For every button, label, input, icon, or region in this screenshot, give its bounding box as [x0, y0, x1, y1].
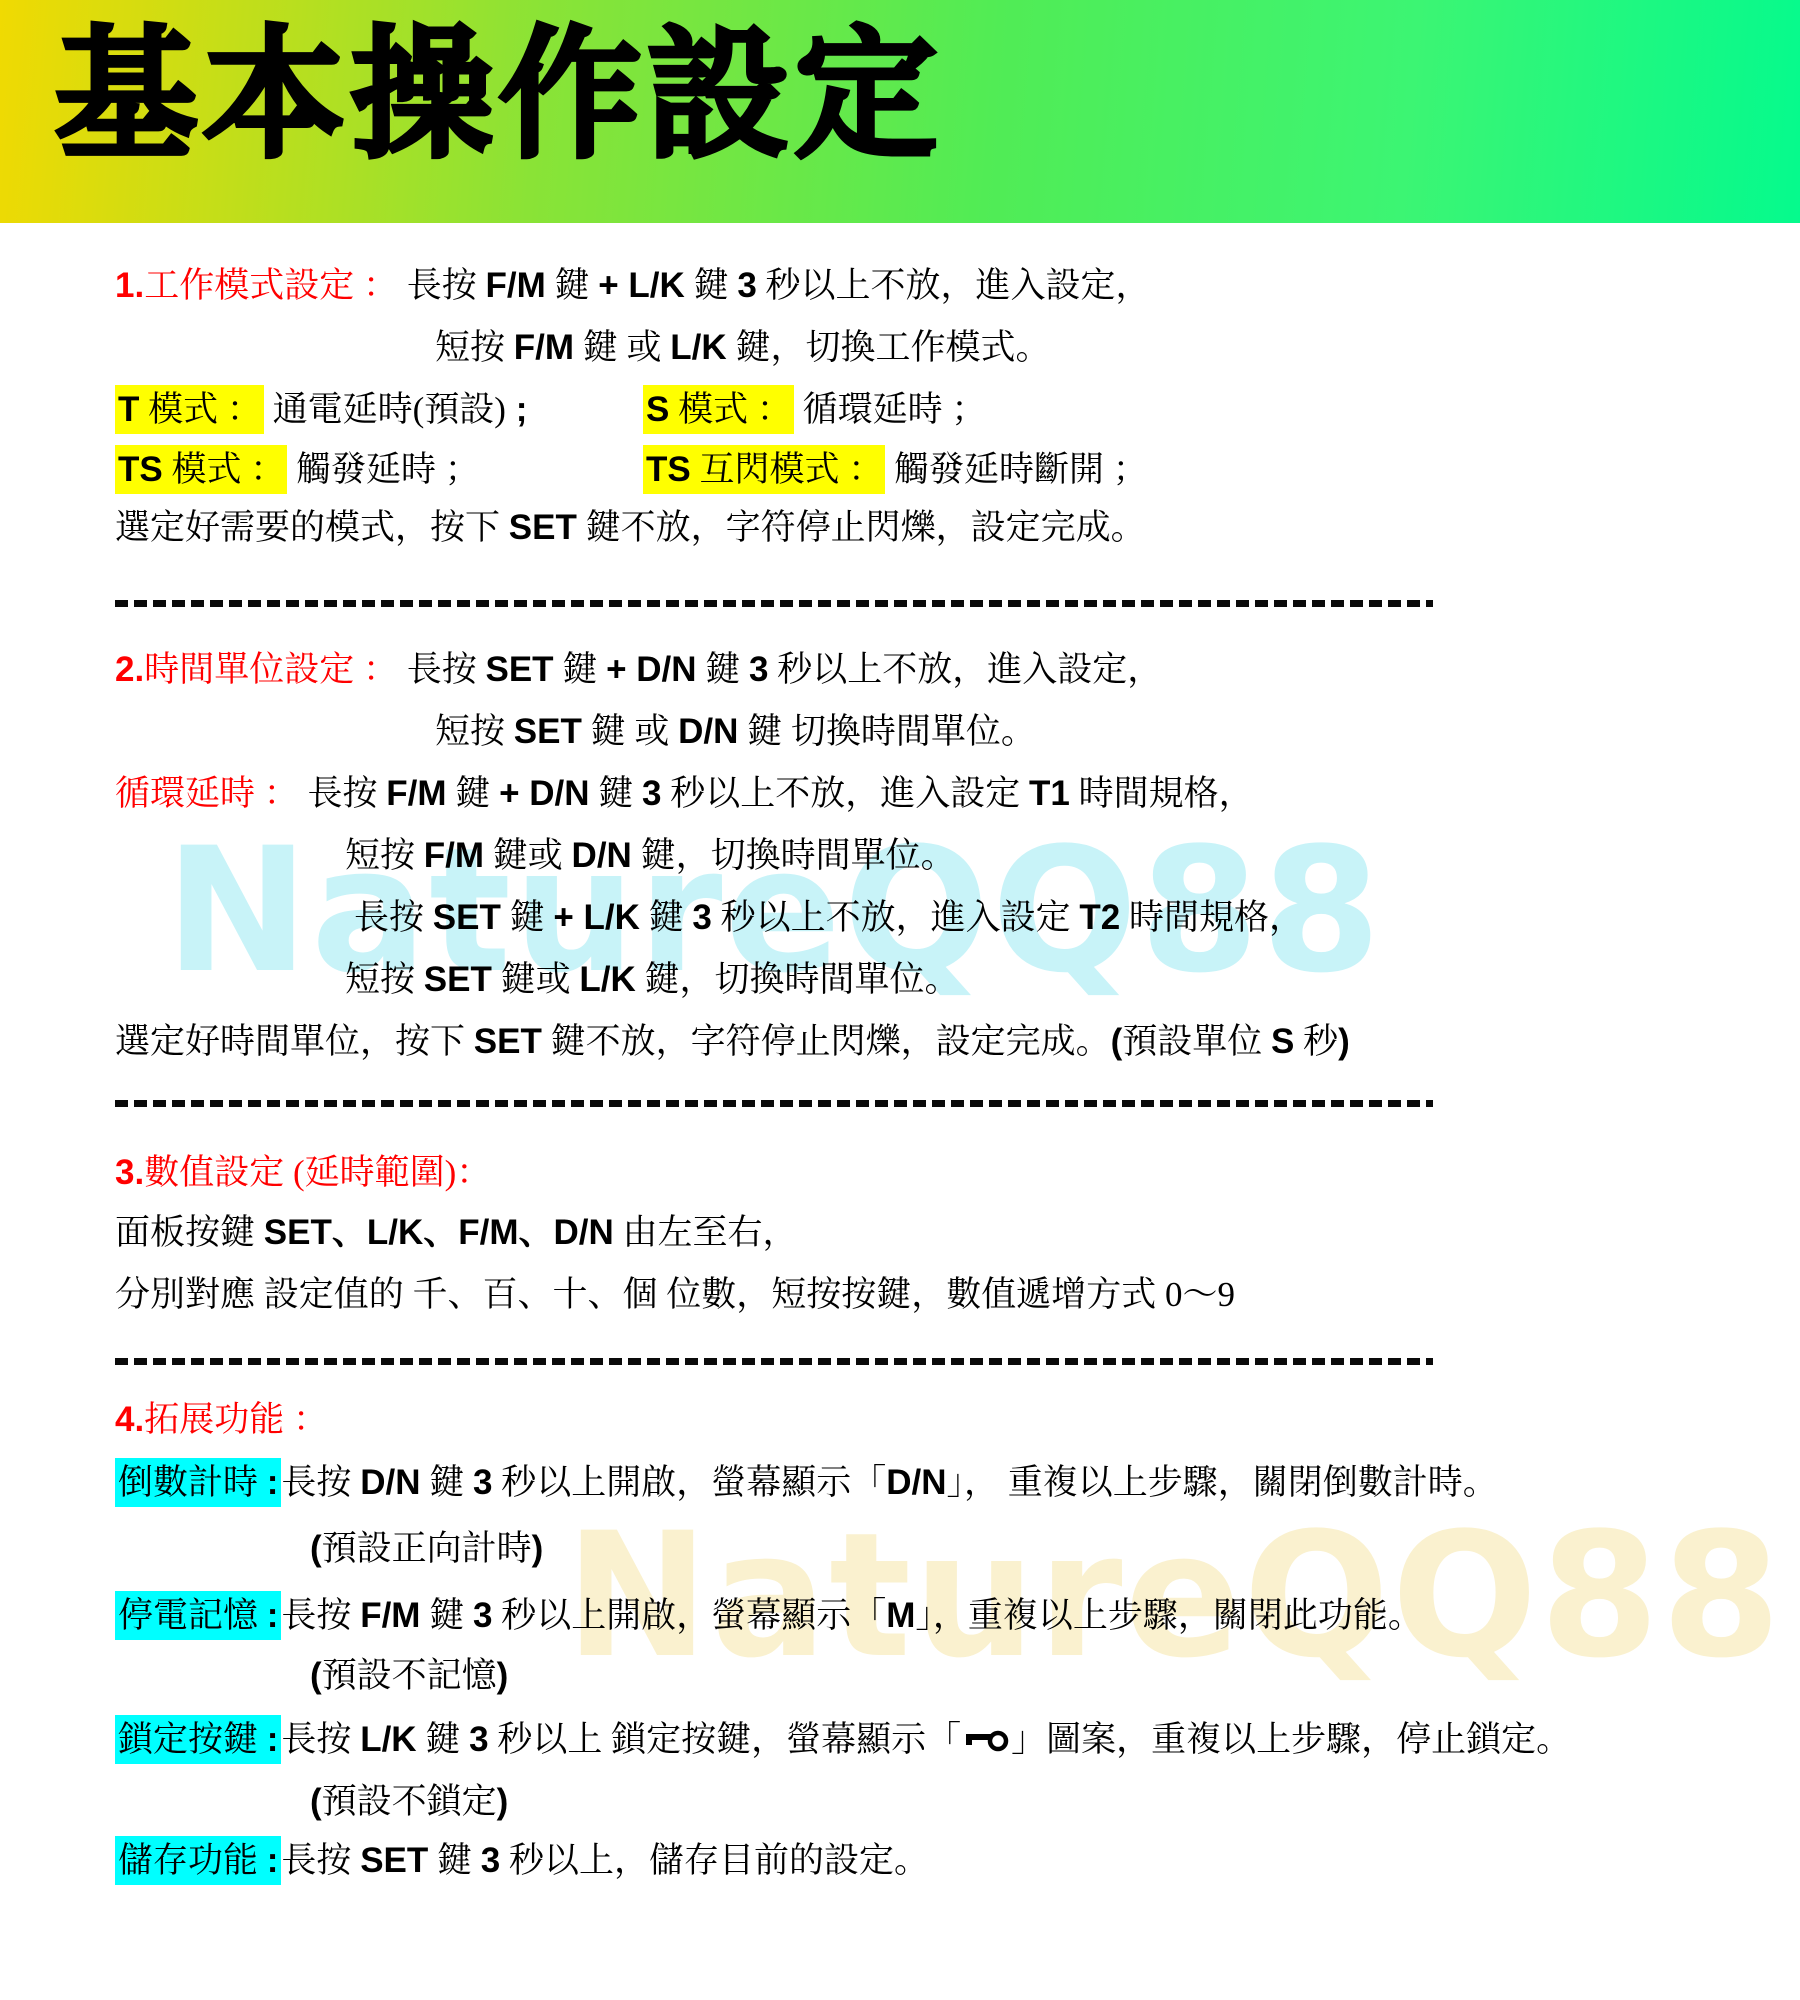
text-segment: 鍵或 — [492, 960, 580, 999]
text-segment: 長按 — [281, 1841, 360, 1880]
s2-confirm-line: 選定好時間單位，按下 SET 鍵不放，字符停止閃爍，設定完成。(預設單位 S 秒… — [115, 1011, 1350, 1073]
text-segment: 秒以上開啟，螢幕顯示「 — [492, 1596, 886, 1635]
text-segment: 秒以上不放，進入設定 — [712, 898, 1080, 937]
text-segment: 3 — [749, 650, 768, 689]
text-segment: 長按 — [281, 1596, 360, 1635]
text-segment: 鍵不放，字符停止閃爍，設定完成。 — [542, 1022, 1111, 1061]
text-segment: 秒 — [1294, 1022, 1338, 1061]
text-segment: 預設不記憶 — [322, 1656, 497, 1695]
text-segment: 倒數計時 — [115, 1458, 267, 1507]
text-segment: ) — [532, 1529, 544, 1568]
text-segment: + L/K — [553, 898, 640, 937]
text-segment: 鍵 — [546, 266, 599, 305]
text-segment: 鍵 或 — [574, 328, 670, 367]
text-segment: 3 — [469, 1720, 488, 1759]
text-segment: : — [267, 1836, 282, 1885]
text-segment: SET — [485, 650, 553, 689]
text-segment: 3 — [473, 1596, 492, 1635]
text-segment: 秒以上，儲存目前的設定。 — [500, 1841, 929, 1880]
text-segment: ( — [310, 1656, 322, 1695]
text-segment: 秒以上開啟，螢幕顯示「 — [492, 1463, 886, 1502]
countdown-line: 倒數計時 :長按 D/N 鍵 3 秒以上開啟，螢幕顯示「D/N」， 重複以上步驟… — [115, 1452, 1498, 1514]
text-segment: : — [267, 1458, 282, 1507]
text-segment: 拓展功能 ： — [144, 1400, 328, 1439]
text-segment: 鍵 切換時間單位。 — [738, 712, 1036, 751]
s4-heading-line: 4.拓展功能 ： — [115, 1389, 328, 1451]
countdown-default-line: (預設正向計時) — [310, 1518, 543, 1580]
text-segment: S — [643, 385, 669, 434]
text-segment: F/M — [386, 774, 446, 813]
cycle-delay-line-3: 長按 SET 鍵 + L/K 鍵 3 秒以上不放，進入設定 T2 時間規格， — [354, 887, 1304, 949]
text-segment: : — [267, 1591, 282, 1640]
cycle-delay-line: 循環延時 ： 長按 F/M 鍵 + D/N 鍵 3 秒以上不放，進入設定 T1 … — [115, 763, 1254, 825]
text-segment: 鍵 — [554, 650, 607, 689]
mode-s-line: S 模式 ： 循環延時 ； — [643, 379, 986, 441]
text-segment: 秒以上不放，進入設定 — [662, 774, 1030, 813]
mode-ts-flash-line: TS 互閃模式 ： 觸發延時斷開 ； — [643, 439, 1148, 501]
text-segment: D/N — [678, 712, 738, 751]
text-segment: F/M — [514, 328, 574, 367]
text-segment: SET、L/K、F/M、D/N — [264, 1213, 614, 1252]
text-segment: SET — [509, 508, 577, 547]
text-segment: 短按 — [435, 328, 514, 367]
text-segment: 鍵 或 — [582, 712, 678, 751]
text-segment: ( — [1111, 1022, 1123, 1061]
text-segment: 鍵 — [447, 774, 500, 813]
text-segment: 3 — [481, 1841, 500, 1880]
text-segment: 循環延時 ： — [115, 774, 308, 813]
text-segment: 停電記憶 — [115, 1591, 267, 1640]
text-segment: 鍵 — [428, 1841, 481, 1880]
text-segment: L/K — [579, 960, 635, 999]
text-segment: 儲存功能 — [115, 1836, 267, 1885]
text-segment: T — [115, 385, 139, 434]
text-segment: 2. — [115, 650, 144, 689]
text-segment: 鍵 — [697, 650, 750, 689]
text-segment: M — [886, 1596, 915, 1635]
text-segment: 預設正向計時 — [322, 1529, 532, 1568]
text-segment: 鍵 — [640, 898, 693, 937]
text-segment: 短按 — [435, 712, 514, 751]
text-segment: 長按 — [407, 650, 486, 689]
text-segment: 長按 — [281, 1720, 360, 1759]
text-segment: TS — [643, 445, 691, 494]
text-segment: ) — [497, 1656, 509, 1695]
text-segment: 鎖定按鍵 — [115, 1715, 267, 1764]
text-segment: D/N — [360, 1463, 420, 1502]
text-segment: 4. — [115, 1400, 144, 1439]
text-segment: 3 — [642, 774, 661, 813]
key-icon — [963, 1712, 1009, 1774]
text-segment: 預設不鎖定 — [322, 1782, 497, 1821]
text-segment: 鍵 — [420, 1596, 473, 1635]
s3-heading-line: 3.數值設定 (延時範圍)： — [115, 1142, 491, 1204]
text-segment: 選定好時間單位，按下 — [115, 1022, 474, 1061]
s2-heading-line: 2.時間單位設定 ： 長按 SET 鍵 + D/N 鍵 3 秒以上不放，進入設定… — [115, 639, 1162, 701]
text-segment: + D/N — [499, 774, 589, 813]
text-segment: 」， 重複以上步驟，關閉倒數計時。 — [947, 1463, 1498, 1502]
text-segment: SET — [474, 1022, 542, 1061]
text-segment: F/M — [485, 266, 545, 305]
text-segment: 秒以上不放，進入設定， — [757, 266, 1151, 305]
lock-keys-default-line: (預設不鎖定) — [310, 1771, 508, 1833]
text-segment: 鍵，切換工作模式。 — [727, 328, 1051, 367]
text-segment: 預設單位 — [1122, 1022, 1271, 1061]
cycle-delay-line-2: 短按 F/M 鍵或 D/N 鍵，切換時間單位。 — [345, 825, 956, 887]
text-segment: F/M — [424, 836, 484, 875]
text-segment: 時間規格， — [1120, 898, 1304, 937]
text-segment: 選定好需要的模式，按下 — [115, 508, 509, 547]
mode-t-line: T 模式 ： 通電延時(預設) ; — [115, 379, 527, 441]
cycle-delay-line-4: 短按 SET 鍵或 L/K 鍵，切換時間單位。 — [345, 949, 960, 1011]
s3-line-3: 分別對應 設定值的 千、百、十、個 位數，短按按鍵，數值遞增方式 0～9 — [115, 1264, 1235, 1326]
text-segment: SET — [514, 712, 582, 751]
text-segment: ) — [1338, 1022, 1350, 1061]
dashed-separator — [115, 1100, 1433, 1107]
text-segment: SET — [433, 898, 501, 937]
text-segment: 鍵 — [420, 1463, 473, 1502]
text-segment: 長按 — [354, 898, 433, 937]
text-segment: 短按 — [345, 836, 424, 875]
text-segment: 1. — [115, 266, 144, 305]
text-segment: 鍵，切換時間單位。 — [632, 836, 956, 875]
text-segment: 」圖案，重複以上步驟，停止鎖定。 — [1011, 1720, 1571, 1759]
text-segment: 鍵，切換時間單位。 — [636, 960, 960, 999]
dashed-separator — [115, 1358, 1433, 1365]
text-segment: 秒以上不放，進入設定， — [769, 650, 1163, 689]
s2-line-2: 短按 SET 鍵 或 D/N 鍵 切換時間單位。 — [435, 701, 1036, 763]
lock-keys-line: 鎖定按鍵 :長按 L/K 鍵 3 秒以上 鎖定按鍵，螢幕顯示「 」圖案，重複以上… — [115, 1709, 1571, 1771]
text-segment: S — [1271, 1022, 1294, 1061]
power-memory-line: 停電記憶 :長按 F/M 鍵 3 秒以上開啟，螢幕顯示「M」，重複以上步驟，關閉… — [115, 1585, 1423, 1647]
text-segment: L/K — [670, 328, 726, 367]
text-segment: 長按 — [308, 774, 387, 813]
text-segment: F/M — [360, 1596, 420, 1635]
text-segment: + D/N — [606, 650, 696, 689]
text-segment: 模式 ： — [139, 385, 264, 434]
s1-confirm-line: 選定好需要的模式，按下 SET 鍵不放，字符停止閃爍，設定完成。 — [115, 497, 1146, 559]
s3-line-2: 面板按鍵 SET、L/K、F/M、D/N 由左至右， — [115, 1202, 798, 1264]
text-segment: 互閃模式 ： — [691, 445, 886, 494]
text-segment: 鍵 — [590, 774, 643, 813]
text-segment: 鍵 — [501, 898, 554, 937]
text-segment: D/N — [572, 836, 632, 875]
text-segment: 數值設定 (延時範圍)： — [144, 1153, 491, 1192]
text-segment: T1 — [1029, 774, 1070, 813]
text-segment: ( — [310, 1529, 322, 1568]
text-segment: SET — [360, 1841, 428, 1880]
text-segment: 工作模式設定 ： — [144, 266, 407, 305]
text-segment: 短按 — [345, 960, 424, 999]
text-segment: 3. — [115, 1153, 144, 1192]
content: 1.工作模式設定 ： 長按 F/M 鍵 + L/K 鍵 3 秒以上不放，進入設定… — [0, 0, 1800, 2000]
text-segment: 模式 ： — [163, 445, 288, 494]
s1-line-2: 短按 F/M 鍵 或 L/K 鍵，切換工作模式。 — [435, 317, 1050, 379]
text-segment: SET — [424, 960, 492, 999]
text-segment: 面板按鍵 — [115, 1213, 264, 1252]
text-segment: 3 — [473, 1463, 492, 1502]
text-segment: 時間規格， — [1070, 774, 1254, 813]
text-segment: 長按 — [281, 1463, 360, 1502]
text-segment: 鍵不放，字符停止閃爍，設定完成。 — [577, 508, 1146, 547]
text-segment: 由左至右， — [614, 1213, 798, 1252]
text-segment: 秒以上 鎖定按鍵，螢幕顯示「 — [489, 1720, 962, 1759]
text-segment: ( — [310, 1782, 322, 1821]
text-segment: 模式 ： — [669, 385, 794, 434]
text-segment: 通電延時(預設) — [264, 390, 506, 429]
text-segment: 鍵或 — [484, 836, 572, 875]
power-memory-default-line: (預設不記憶) — [310, 1645, 508, 1707]
s1-heading-line: 1.工作模式設定 ： 長按 F/M 鍵 + L/K 鍵 3 秒以上不放，進入設定… — [115, 255, 1151, 317]
save-function-line: 儲存功能 :長按 SET 鍵 3 秒以上，儲存目前的設定。 — [115, 1830, 929, 1892]
text-segment: L/K — [360, 1720, 416, 1759]
manual-page: 基本操作設定 NatureQQ88 NatureQQ88 1.工作模式設定 ： … — [0, 0, 1800, 2000]
text-segment: 」，重複以上步驟，關閉此功能。 — [915, 1596, 1423, 1635]
text-segment: 分別對應 設定值的 千、百、十、個 位數，短按按鍵，數值遞增方式 0～9 — [115, 1275, 1235, 1314]
text-segment: TS — [115, 445, 163, 494]
text-segment: D/N — [886, 1463, 946, 1502]
text-segment: 長按 — [407, 266, 486, 305]
text-segment: : — [267, 1715, 282, 1764]
text-segment: 觸發延時 ； — [287, 450, 480, 489]
mode-ts-line: TS 模式 ： 觸發延時 ； — [115, 439, 480, 501]
text-segment: 鍵 — [685, 266, 738, 305]
text-segment: 3 — [692, 898, 711, 937]
text-segment: ; — [506, 390, 527, 429]
text-segment: 3 — [737, 266, 756, 305]
text-segment: + L/K — [598, 266, 685, 305]
text-segment: 時間單位設定 ： — [144, 650, 407, 689]
text-segment: T2 — [1079, 898, 1120, 937]
text-segment: 循環延時 ； — [794, 390, 987, 429]
text-segment: 鍵 — [417, 1720, 470, 1759]
text-segment: 觸發延時斷開 ； — [885, 450, 1148, 489]
text-segment: ) — [497, 1782, 509, 1821]
dashed-separator — [115, 600, 1433, 607]
